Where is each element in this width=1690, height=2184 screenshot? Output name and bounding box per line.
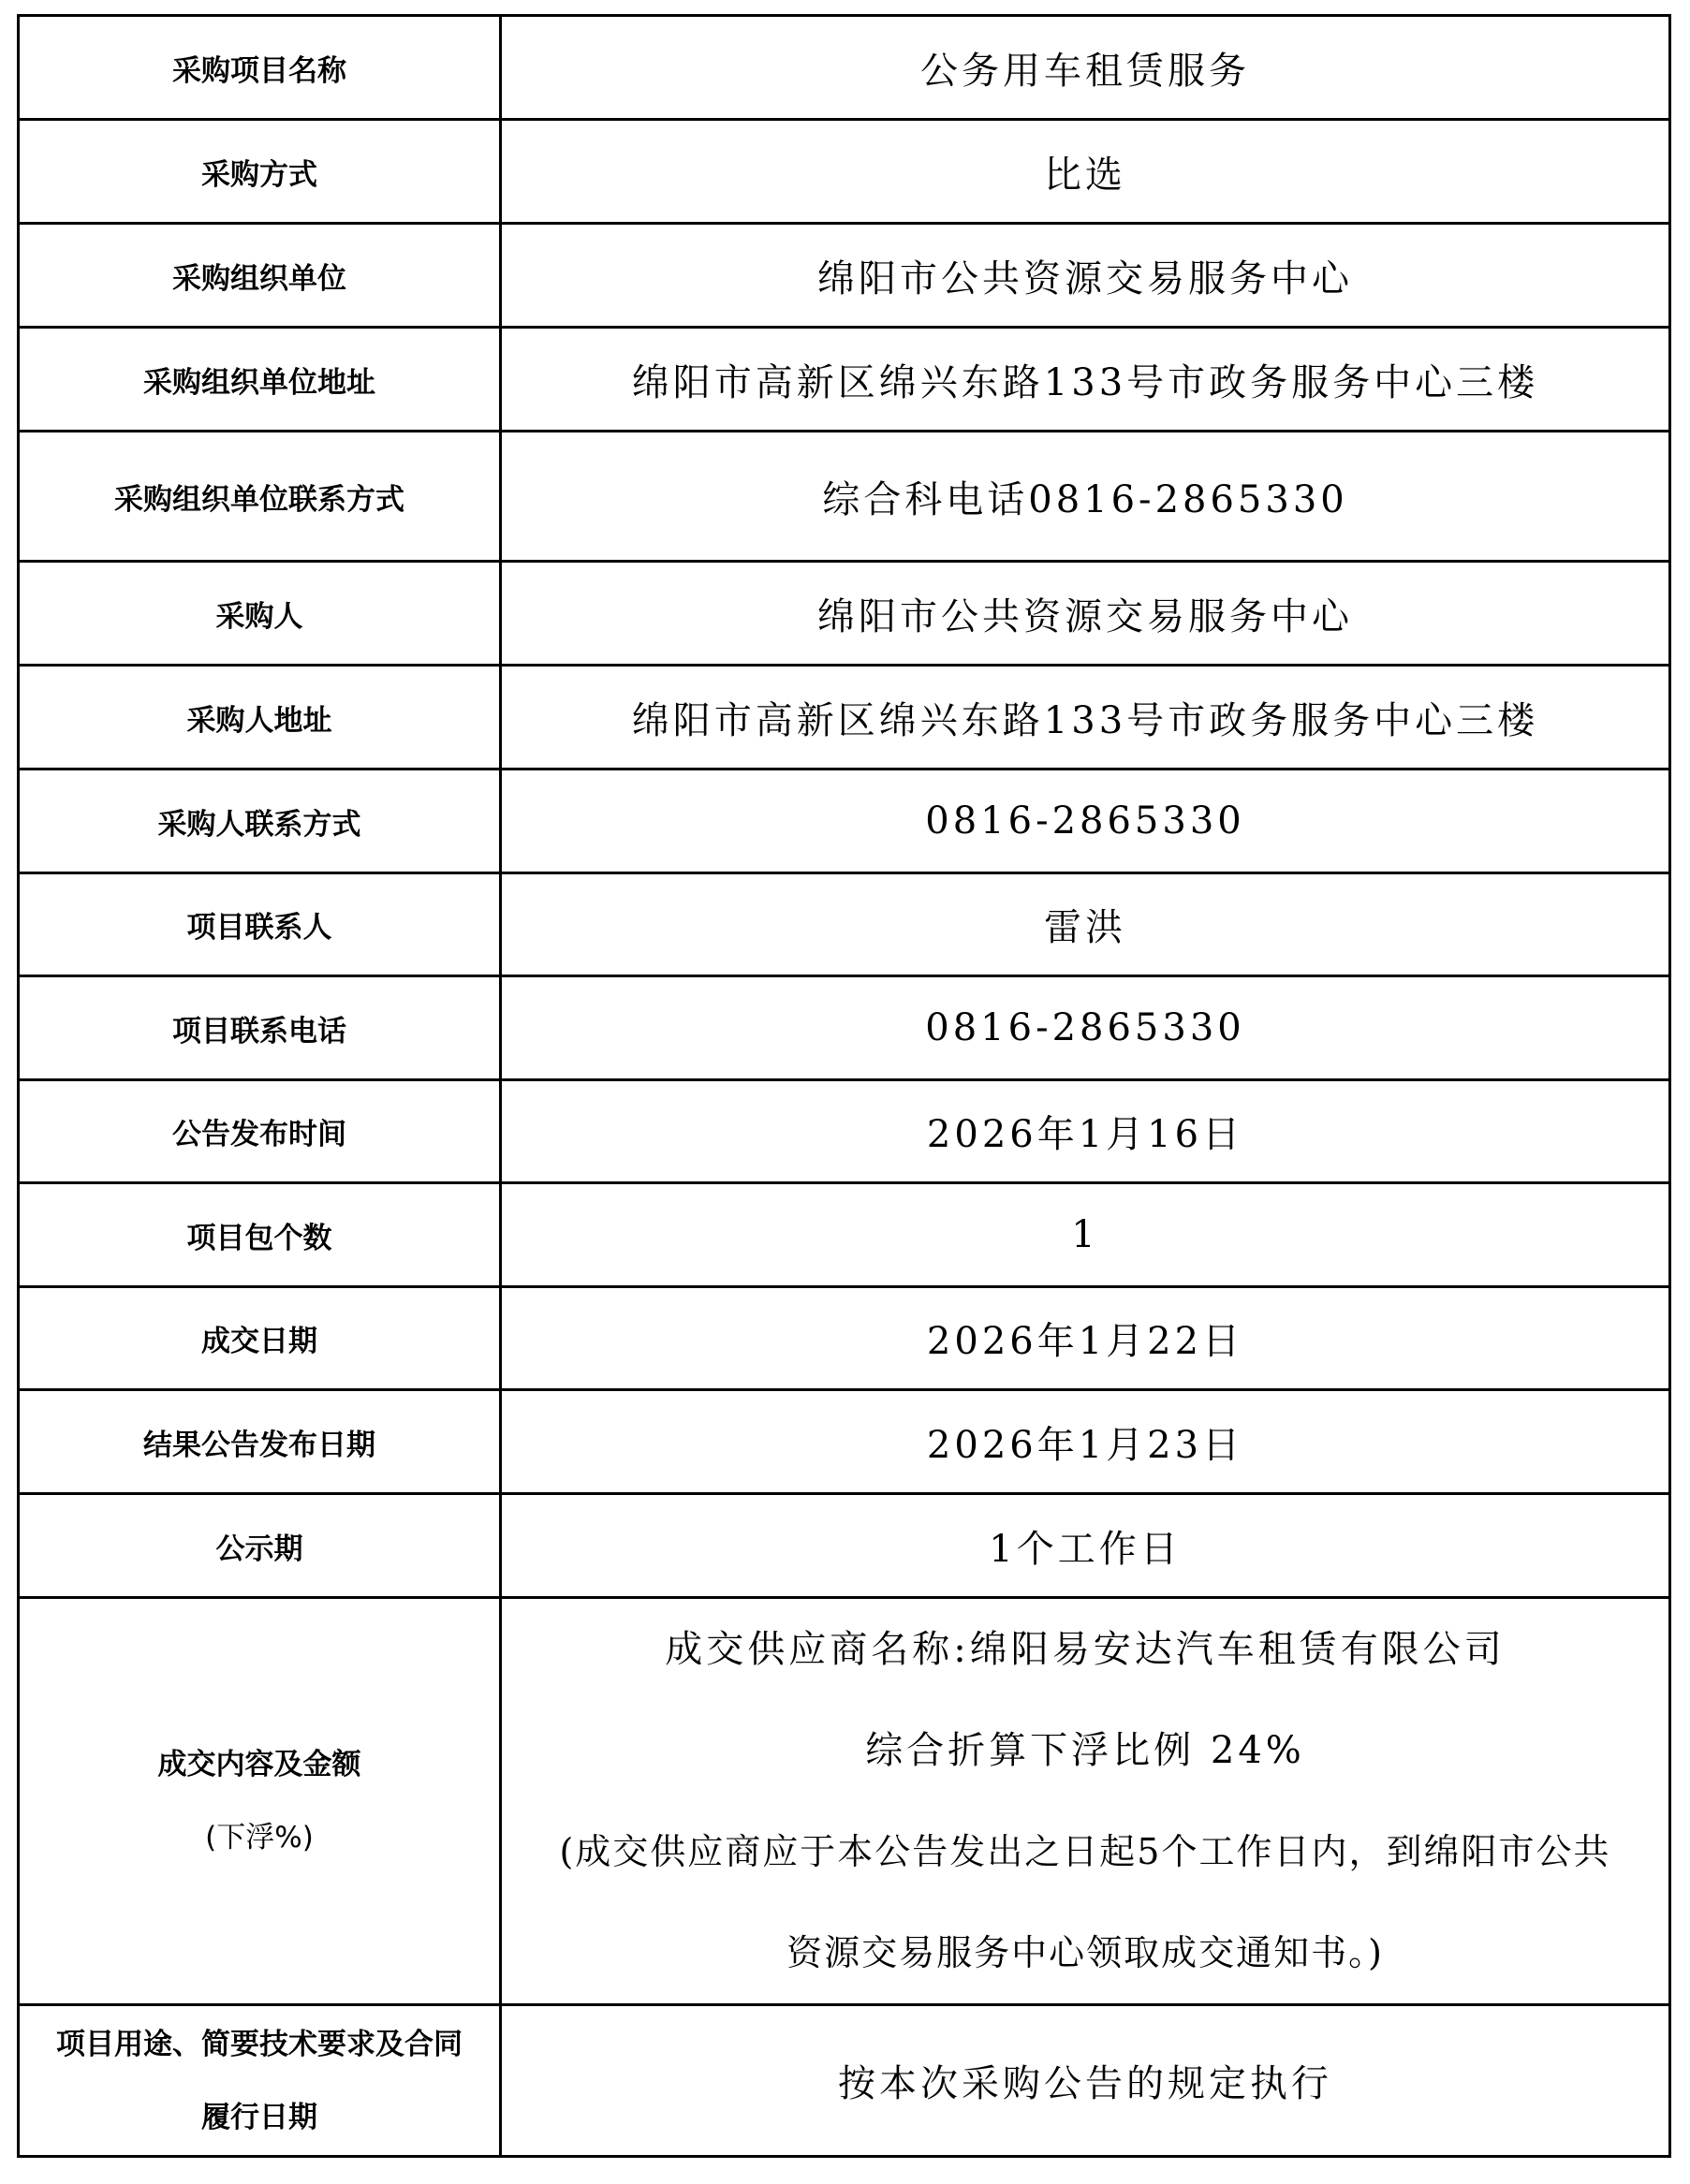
table-row: 采购组织单位联系方式 综合科电话0816-2865330 — [19, 432, 1670, 562]
row-label: 采购组织单位 — [19, 224, 501, 328]
organizer-address-value: 绵阳市高新区绵兴东路133号市政务服务中心三楼 — [501, 328, 1670, 432]
row-label: 项目联系人 — [19, 873, 501, 976]
table-row: 公告发布时间 2026年1月16日 — [19, 1080, 1670, 1183]
row-label: 项目联系电话 — [19, 976, 501, 1080]
publicity-period-value: 1个工作日 — [501, 1494, 1670, 1598]
table-row: 采购项目名称 公务用车租赁服务 — [19, 16, 1670, 120]
discount-ratio: 综合折算下浮比例 24% — [506, 1700, 1665, 1801]
supplier-name: 成交供应商名称:绵阳易安达汽车租赁有限公司 — [506, 1599, 1665, 1700]
row-label: 公示期 — [19, 1494, 501, 1598]
table-row-deal: 成交内容及金额 (下浮%) 成交供应商名称:绵阳易安达汽车租赁有限公司 综合折算… — [19, 1598, 1670, 2005]
row-label: 公告发布时间 — [19, 1080, 501, 1183]
row-label: 结果公告发布日期 — [19, 1390, 501, 1494]
procurement-result-table: 采购项目名称 公务用车租赁服务 采购方式 比选 采购组织单位 绵阳市公共资源交易… — [17, 14, 1671, 2158]
project-contact-person-value: 雷洪 — [501, 873, 1670, 976]
row-label: 采购人联系方式 — [19, 770, 501, 873]
table-row: 结果公告发布日期 2026年1月23日 — [19, 1390, 1670, 1494]
row-label: 采购项目名称 — [19, 16, 501, 120]
note-line1: (成交供应商应于本公告发出之日起5个工作日内，到绵阳市公共 — [506, 1801, 1665, 1902]
purpose-label-line2: 履行日期 — [27, 2081, 492, 2154]
row-label: 采购人 — [19, 562, 501, 666]
purchaser-value: 绵阳市公共资源交易服务中心 — [501, 562, 1670, 666]
procurement-method-value: 比选 — [501, 120, 1670, 224]
table-row: 采购人地址 绵阳市高新区绵兴东路133号市政务服务中心三楼 — [19, 666, 1670, 770]
table-row: 项目包个数 1 — [19, 1183, 1670, 1287]
table-row: 公示期 1个工作日 — [19, 1494, 1670, 1598]
row-label: 采购人地址 — [19, 666, 501, 770]
purpose-label-line1: 项目用途、简要技术要求及合同 — [27, 2008, 492, 2081]
deal-label-line1: 成交内容及金额 — [27, 1728, 492, 1801]
table-row-purpose: 项目用途、简要技术要求及合同 履行日期 按本次采购公告的规定执行 — [19, 2005, 1670, 2157]
row-label: 采购组织单位联系方式 — [19, 432, 501, 562]
table-row: 采购组织单位 绵阳市公共资源交易服务中心 — [19, 224, 1670, 328]
purpose-value: 按本次采购公告的规定执行 — [501, 2005, 1670, 2157]
row-label: 项目包个数 — [19, 1183, 501, 1287]
organizer-value: 绵阳市公共资源交易服务中心 — [501, 224, 1670, 328]
table-row: 采购人联系方式 0816-2865330 — [19, 770, 1670, 873]
deal-date-value: 2026年1月22日 — [501, 1287, 1670, 1390]
project-contact-phone-value: 0816-2865330 — [501, 976, 1670, 1080]
table-row: 采购组织单位地址 绵阳市高新区绵兴东路133号市政务服务中心三楼 — [19, 328, 1670, 432]
deal-label: 成交内容及金额 (下浮%) — [19, 1598, 501, 2005]
announcement-date-value: 2026年1月16日 — [501, 1080, 1670, 1183]
project-name-value: 公务用车租赁服务 — [501, 16, 1670, 120]
purpose-label: 项目用途、简要技术要求及合同 履行日期 — [19, 2005, 501, 2157]
table-row: 采购方式 比选 — [19, 120, 1670, 224]
row-label: 成交日期 — [19, 1287, 501, 1390]
table-row: 项目联系电话 0816-2865330 — [19, 976, 1670, 1080]
deal-content: 成交供应商名称:绵阳易安达汽车租赁有限公司 综合折算下浮比例 24% (成交供应… — [501, 1598, 1670, 2005]
note-line2: 资源交易服务中心领取成交通知书。) — [506, 1902, 1665, 2003]
package-count-value: 1 — [501, 1183, 1670, 1287]
organizer-contact-value: 综合科电话0816-2865330 — [501, 432, 1670, 562]
row-label: 采购组织单位地址 — [19, 328, 501, 432]
table-row: 采购人 绵阳市公共资源交易服务中心 — [19, 562, 1670, 666]
purchaser-contact-value: 0816-2865330 — [501, 770, 1670, 873]
table-row: 成交日期 2026年1月22日 — [19, 1287, 1670, 1390]
row-label: 采购方式 — [19, 120, 501, 224]
deal-label-line2: (下浮%) — [27, 1801, 492, 1874]
purchaser-address-value: 绵阳市高新区绵兴东路133号市政务服务中心三楼 — [501, 666, 1670, 770]
table-row: 项目联系人 雷洪 — [19, 873, 1670, 976]
result-announcement-date-value: 2026年1月23日 — [501, 1390, 1670, 1494]
